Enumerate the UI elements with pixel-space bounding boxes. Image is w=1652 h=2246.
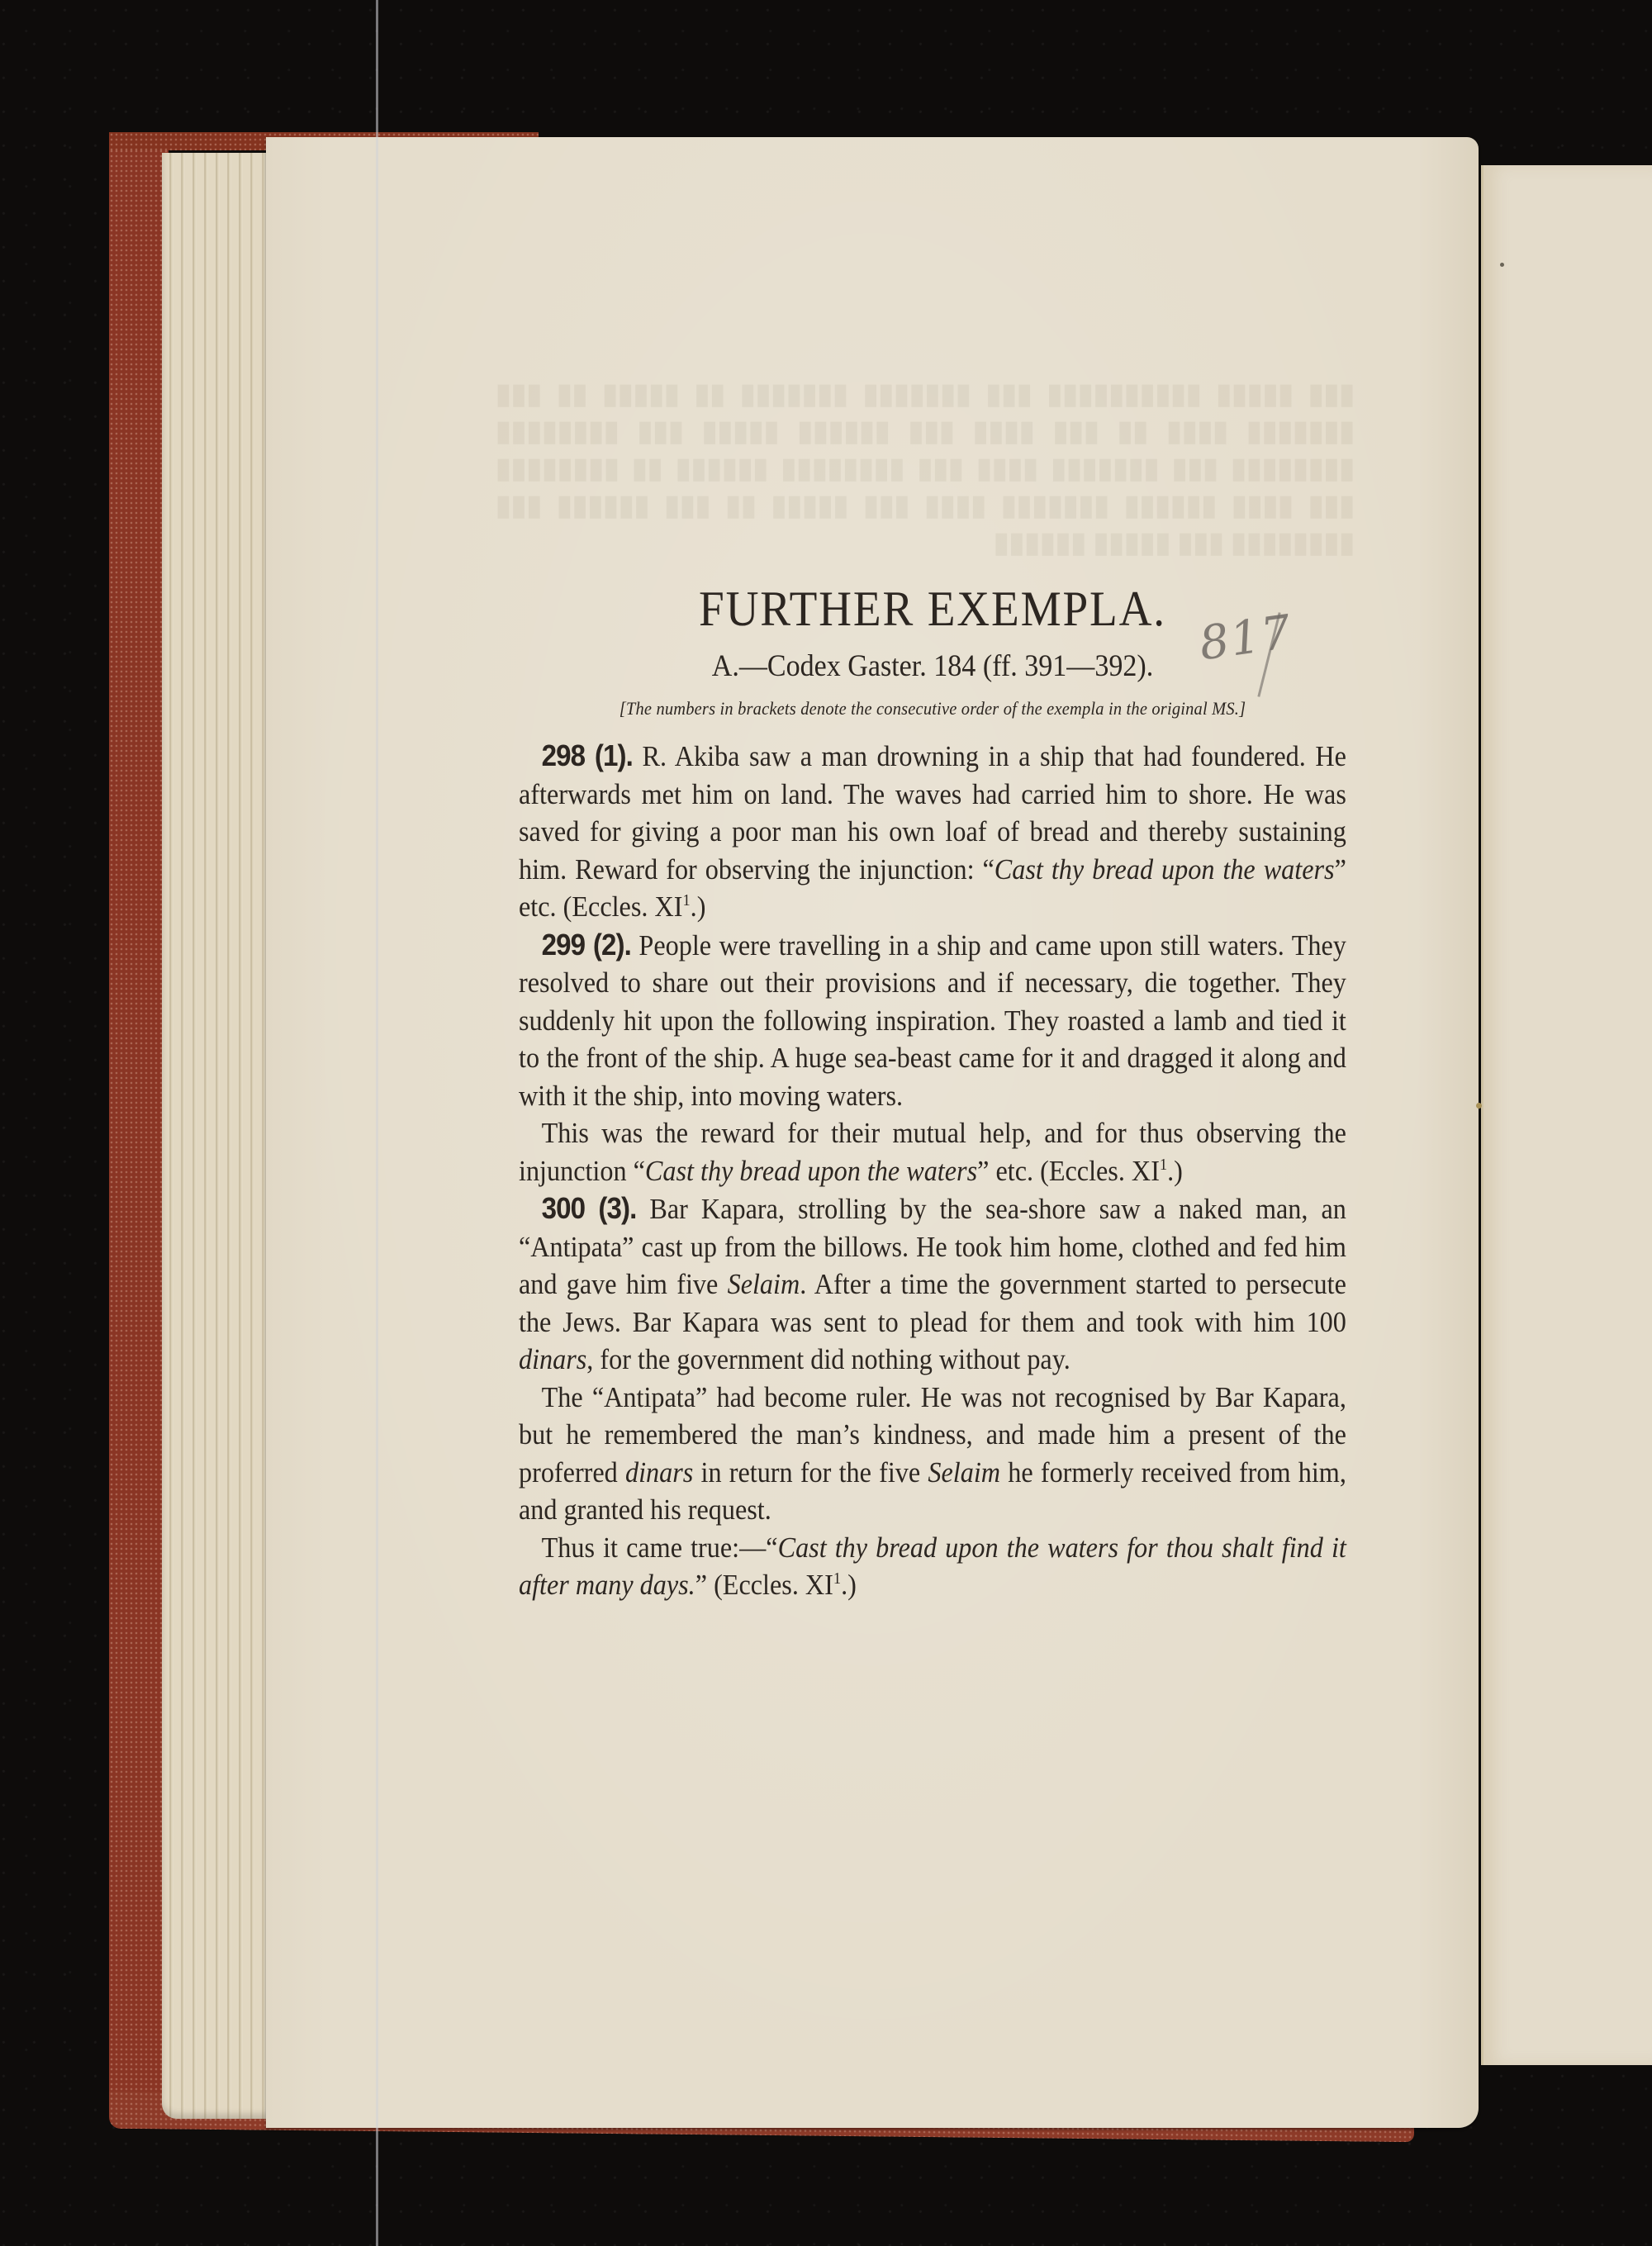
footnote-superscript: 1 (682, 891, 690, 909)
entry-paragraph: 300 (3). Bar Kapara, strolling by the se… (519, 1189, 1346, 1379)
body-text: ” (Eccles. XI (695, 1569, 833, 1601)
entry-number: 298 (1). (542, 738, 633, 772)
exempla-entries: 298 (1). R. Akiba saw a man drowning in … (519, 737, 1346, 1604)
source-subtitle: A.—Codex Gaster. 184 (ff. 391—392). (552, 646, 1313, 687)
text-block: FURTHER EXEMPLA. A.—Codex Gaster. 184 (f… (519, 578, 1346, 1604)
entry-number: 299 (2). (542, 928, 631, 962)
paper-spot (1500, 263, 1504, 267)
page-edges-stack (162, 153, 269, 2119)
entry-number: 300 (3). (542, 1191, 637, 1225)
italic-text: dinars (625, 1456, 693, 1489)
body-text: .) (1167, 1155, 1183, 1187)
open-book: ▮▮▮ ▮▮▮▮▮ ▮▮▮▮▮▮▮▮▮▮ ▮▮▮ ▮▮▮▮▮▮▮ ▮▮▮▮▮▮▮… (0, 0, 1652, 2246)
body-text: ” etc. (Eccles. XI (977, 1155, 1160, 1187)
entry-paragraph: 298 (1). R. Akiba saw a man drowning in … (519, 737, 1346, 926)
cloth-cover-left-edge (109, 134, 169, 2129)
italic-text: dinars (519, 1343, 586, 1375)
body-text: Thus it came true:—“ (542, 1531, 778, 1564)
italic-text: Cast thy bread upon the waters (995, 853, 1335, 886)
entry-continuation: Thus it came true:—“Cast thy bread upon … (519, 1529, 1346, 1604)
entry-continuation: The “Antipata” had become ruler. He was … (519, 1379, 1346, 1529)
body-text: in return for the five (693, 1456, 928, 1489)
body-text: .) (691, 890, 706, 923)
italic-text: Selaim (728, 1268, 800, 1300)
footnote-superscript: 1 (1160, 1156, 1167, 1174)
entry-continuation: This was the reward for their mutual hel… (519, 1114, 1346, 1189)
italic-text: Cast thy bread upon the waters (645, 1155, 977, 1187)
body-text: .) (841, 1569, 857, 1601)
facing-page-edge (1481, 165, 1652, 2065)
scanner-thread-line (376, 0, 378, 2246)
footnote-superscript: 1 (833, 1569, 841, 1588)
italic-text: Selaim (928, 1456, 1000, 1489)
page-title: FURTHER EXEMPLA. (552, 578, 1313, 639)
body-text: , for the government did nothing without… (586, 1343, 1070, 1375)
paper-spot (1476, 1103, 1482, 1109)
entry-paragraph: 299 (2). People were travelling in a shi… (519, 926, 1346, 1115)
body-text: People were travelling in a ship and cam… (519, 929, 1346, 1112)
editorial-note: [The numbers in brackets denote the cons… (548, 696, 1317, 722)
